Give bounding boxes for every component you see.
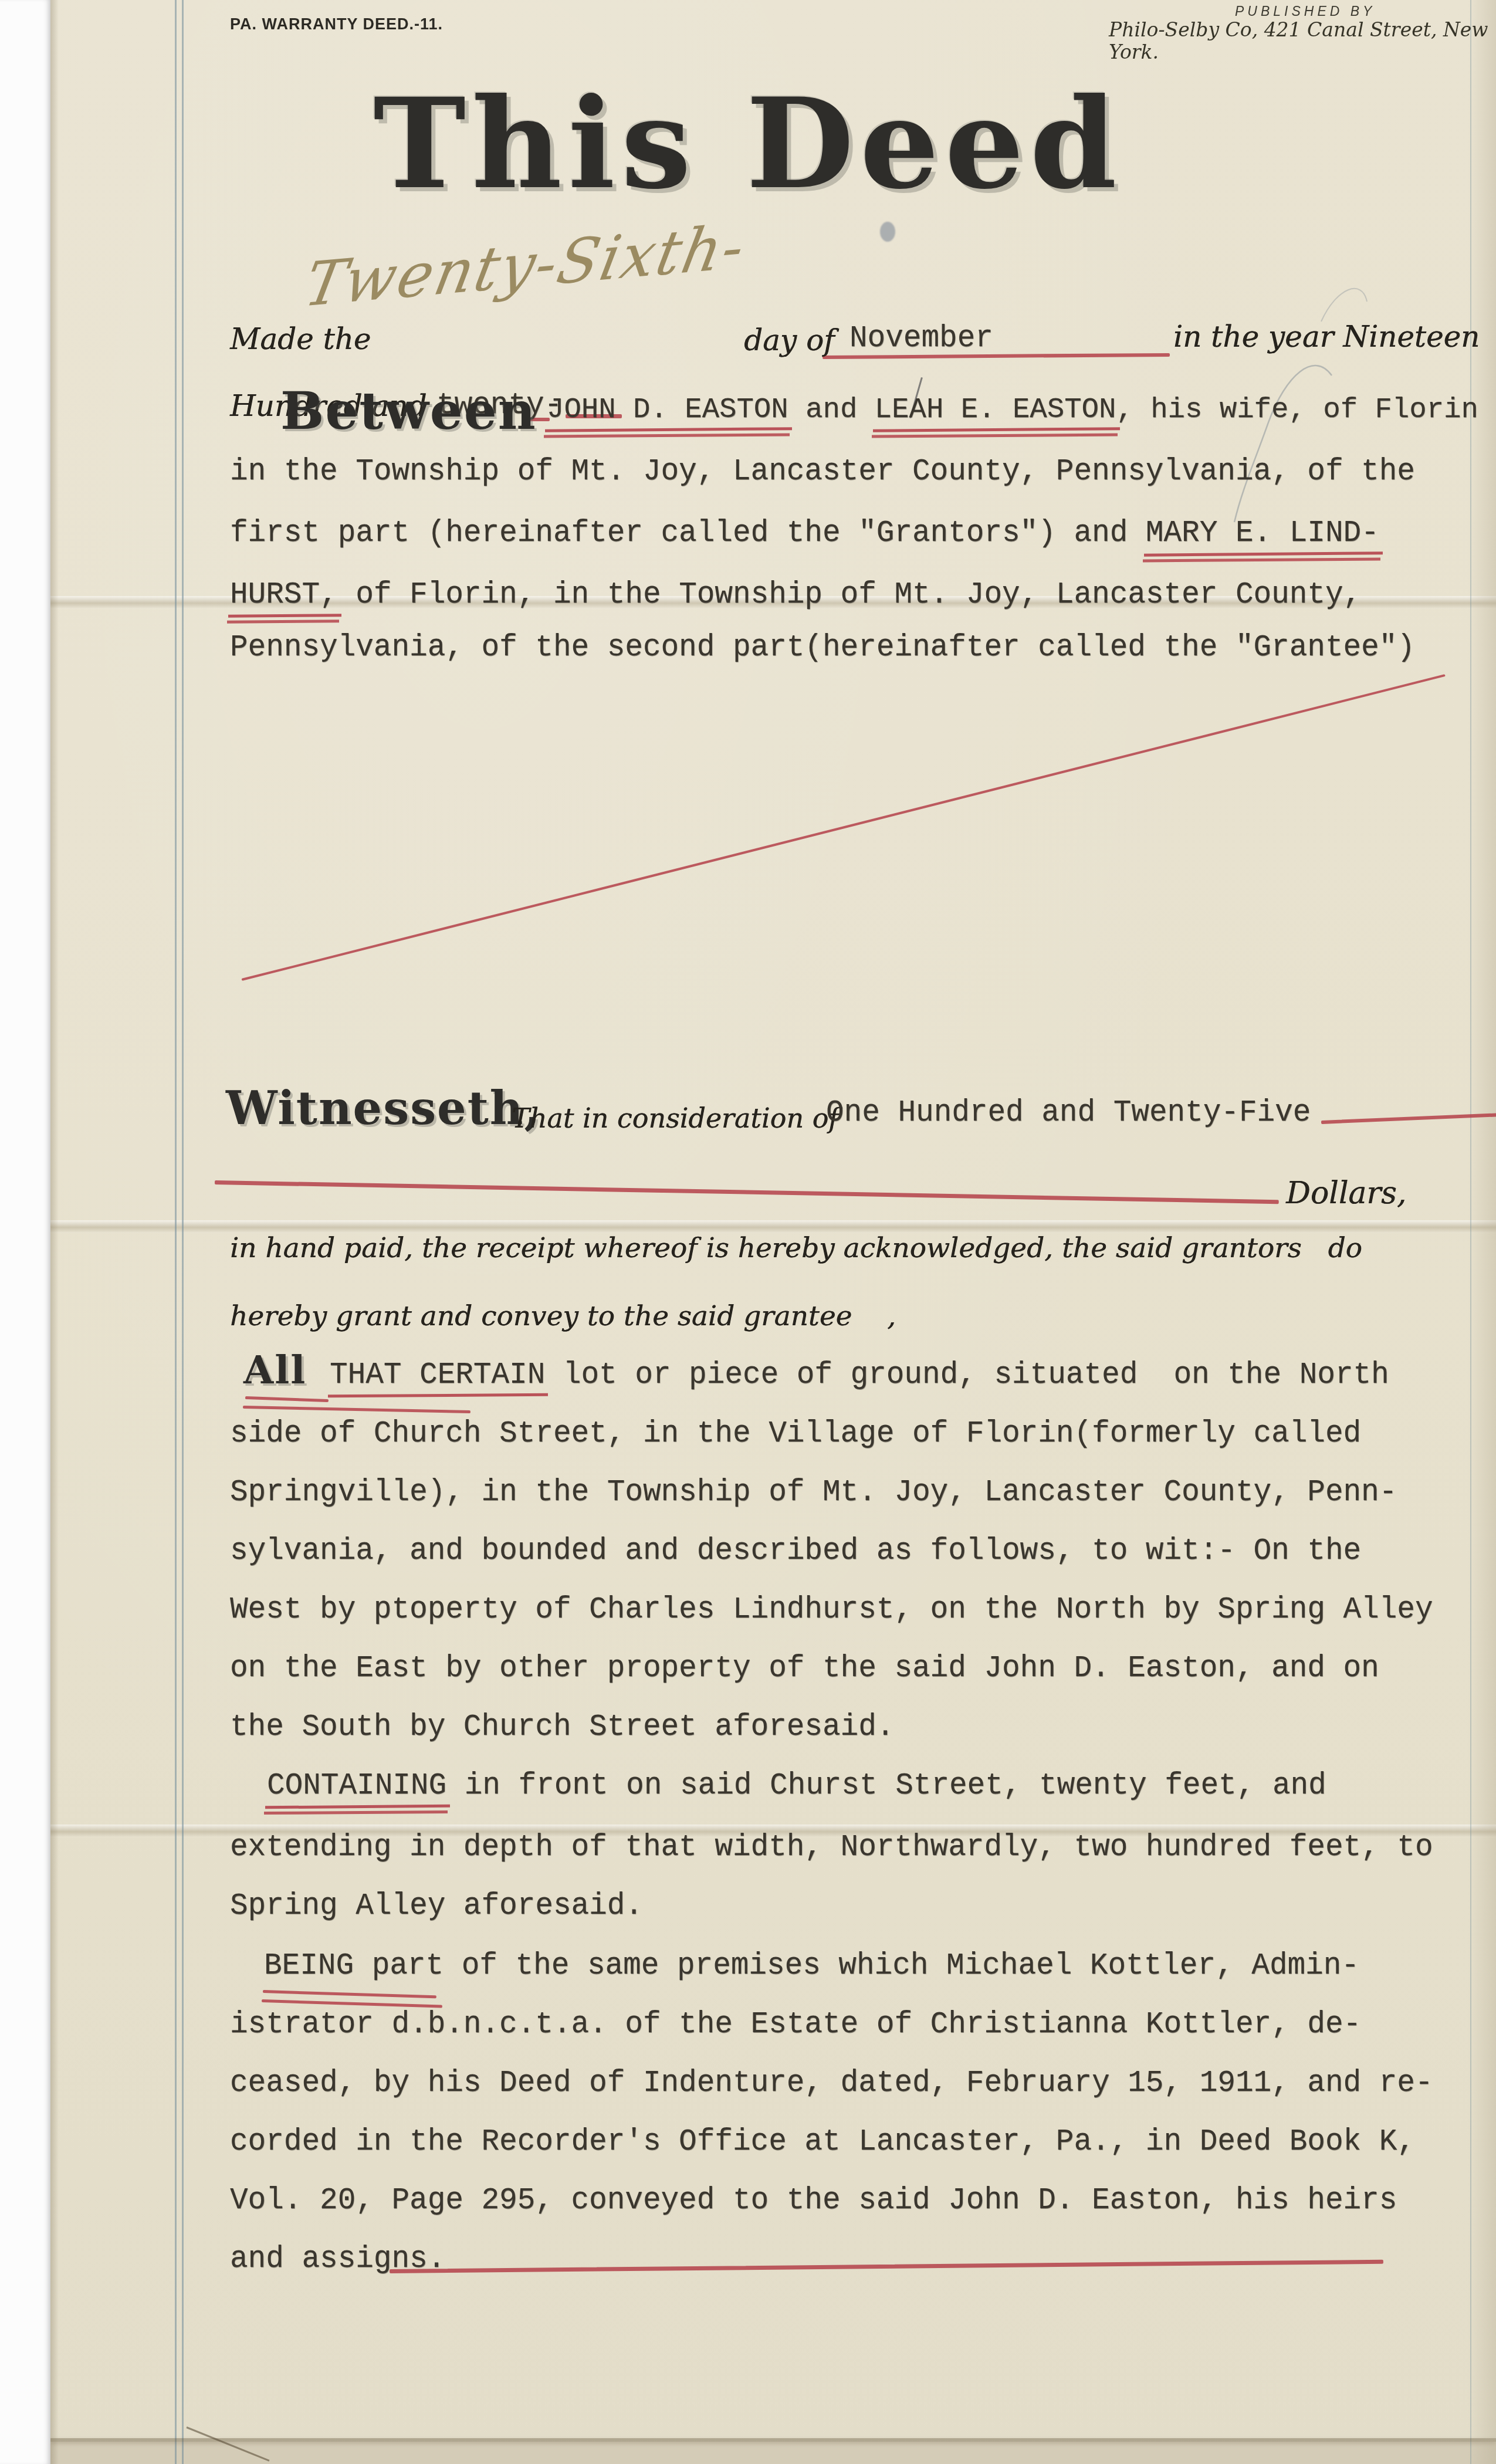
recital-line6: and assigns. (230, 2242, 445, 2277)
form-number: PA. WARRANTY DEED.-11. (230, 15, 443, 33)
grantee-name-part1: MARY E. LIND- (1146, 516, 1379, 551)
parties-conjunction: and (788, 393, 875, 426)
property-line4: sylvania, and bounded and described as f… (230, 1534, 1361, 1569)
typed-parties-line: JOHN D. EASTON and LEAH E. EASTON, his w… (547, 392, 1478, 427)
property-line6: on the East by other property of the sai… (230, 1651, 1379, 1687)
between-line5: Pennsylvania, of the second part(hereina… (230, 631, 1415, 666)
property-line5: West by ptoperty of Charles Lindhurst, o… (230, 1593, 1433, 1628)
bottom-fold-line (50, 2438, 1496, 2442)
property-line3: Springville), in the Township of Mt. Joy… (230, 1475, 1397, 1511)
between-line3-pre: first part (hereinafter called the "Gran… (230, 517, 1146, 550)
recital-line1: BEING part of the same premises which Mi… (264, 1949, 1359, 1984)
grantee-name-part2: HURST, (230, 578, 338, 613)
property-line1-rest: lot or piece of ground, situated on the … (545, 1359, 1389, 1392)
printed-between-word: Between (280, 381, 537, 440)
between-line3: first part (hereinafter called the "Gran… (230, 516, 1379, 551)
printed-made-the: Made the (230, 321, 371, 357)
publisher-imprint: Philo-Selby Co, 421 Canal Street, New Yo… (1109, 19, 1496, 63)
being-part-phrase: BEING part (264, 1949, 444, 1983)
parties-line-rest: , his wife, of Florin (1116, 393, 1478, 426)
scanned-deed-page: PA. WARRANTY DEED.-11. PUBLISHED BY Phil… (0, 0, 1496, 2464)
blue-margin-rule-inner (182, 0, 184, 2464)
property-line1: THAT CERTAIN lot or piece of ground, sit… (330, 1358, 1389, 1393)
recital-line4: corded in the Recorder's Office at Lanca… (230, 2125, 1415, 2160)
that-certain-phrase: THAT CERTAIN (330, 1358, 545, 1393)
between-line4-rest: of Florin, in the Township of Mt. Joy, L… (338, 578, 1361, 612)
printed-witnesseth-word: Witnesseth, (226, 1081, 541, 1136)
containing-line2: extending in depth of that width, Northw… (230, 1830, 1433, 1866)
typed-month: November (849, 321, 993, 357)
printed-dollars: Dollars, (1286, 1176, 1406, 1211)
scanner-margin (0, 0, 50, 2464)
printed-hereby-grant: hereby grant and convey to the said gran… (230, 1299, 896, 1334)
recital-line5: Vol. 20, Page 295, conveyed to the said … (230, 2184, 1397, 2219)
printed-day-of: day of (744, 323, 835, 358)
blue-margin-rule-outer (175, 0, 177, 2464)
property-line2: side of Church Street, in the Village of… (230, 1417, 1361, 1452)
typed-amount: One Hundred and Twenty-Five (826, 1096, 1311, 1131)
grantor1-name: JOHN D. EASTON (547, 392, 788, 427)
containing-line3: Spring Alley aforesaid. (230, 1889, 643, 1924)
printed-year-phrase: in the year Nineteen (1173, 319, 1480, 354)
recital-line3: ceased, by his Deed of Indenture, dated,… (230, 2066, 1433, 2101)
printed-consideration-intro: That in consideration of (512, 1101, 838, 1136)
paper-left-edge (50, 0, 59, 2464)
recital-line1-rest: of the same premises which Michael Kottl… (444, 1949, 1359, 1983)
paper-right-shading (1468, 0, 1496, 2464)
published-by-label: PUBLISHED BY (1235, 4, 1375, 19)
printed-in-hand-paid: in hand paid, the receipt whereof is her… (230, 1231, 1362, 1266)
pencil-curve-mark (1220, 340, 1349, 528)
printed-all-word: All (243, 1346, 306, 1393)
between-line4: HURST, of Florin, in the Township of Mt.… (230, 578, 1361, 613)
grantor2-name: LEAH E. EASTON (875, 392, 1116, 427)
containing-line1: CONTAINING in front on said Churst Stree… (267, 1769, 1326, 1804)
containing-word: CONTAINING (267, 1769, 446, 1804)
property-line7: the South by Church Street aforesaid. (230, 1710, 894, 1745)
recital-line2: istrator d.b.n.c.t.a. of the Estate of C… (230, 2008, 1361, 2043)
ink-smudge (880, 222, 895, 242)
between-line2: in the Township of Mt. Joy, Lancaster Co… (230, 455, 1415, 490)
containing-line1-rest: in front on said Churst Street, twenty f… (446, 1769, 1326, 1803)
deed-title: This Deed (0, 70, 1496, 217)
